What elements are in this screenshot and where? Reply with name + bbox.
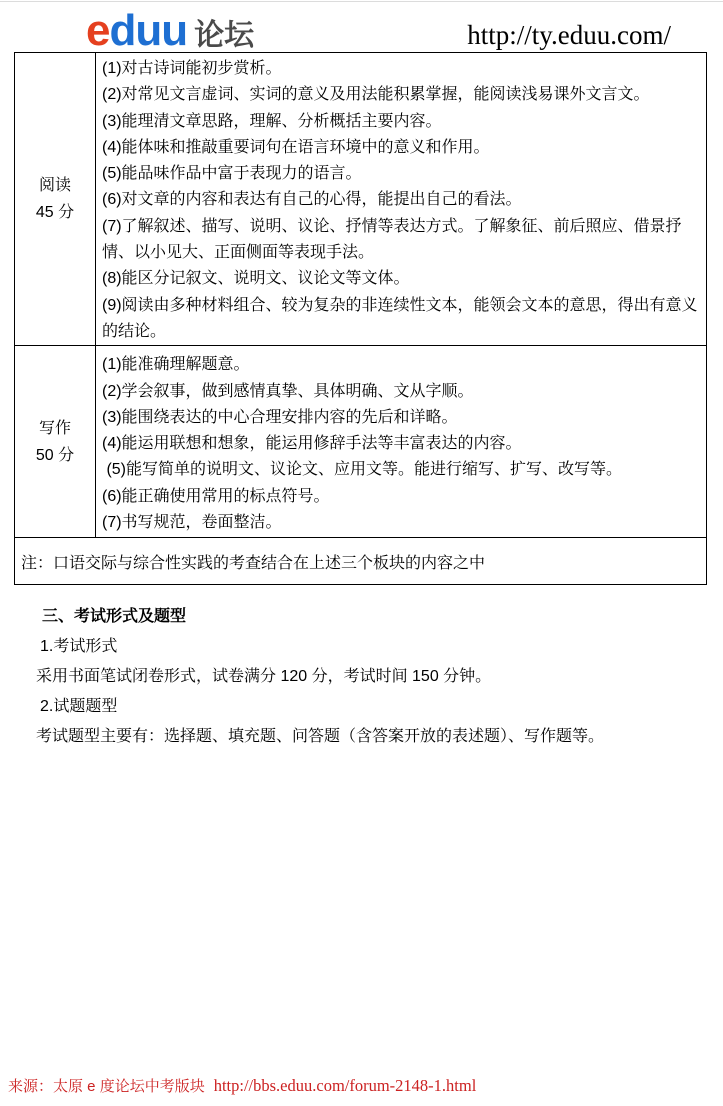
subsection-2-title: 2.试题题型 <box>0 694 723 720</box>
note-row: 注：口语交际与综合性实践的考查结合在上述三个板块的内容之中 <box>15 538 707 585</box>
document-header: e duu 论坛 http://ty.eduu.com/ <box>0 0 723 52</box>
writing-row: 写作 50 分 (1)能准确理解题意。 (2)学会叙事，做到感情真挚、具体明确、… <box>15 346 707 538</box>
eduu-logo: e duu 论坛 <box>86 6 254 56</box>
exam-requirements-table: 阅读 45 分 (1)对古诗词能初步赏析。 (2)对常见文言虚词、实词的意义及用… <box>14 52 707 585</box>
reading-item-9: (9)阅读由多种材料组合、较为复杂的非连续性文本，能领会文本的意思，得出有意义的… <box>102 293 702 346</box>
writing-item-3: (3)能围绕表达的中心合理安排内容的先后和详略。 <box>102 405 702 431</box>
logo-forum-text: 论坛 <box>194 10 254 54</box>
reading-item-2: (2)对常见文言虚词、实词的意义及用法能积累掌握，能阅读浅易课外文言文。 <box>102 82 702 108</box>
writing-item-1: (1)能准确理解题意。 <box>102 352 702 378</box>
reading-label: 阅读 <box>16 172 94 199</box>
writing-item-2: (2)学会叙事，做到感情真挚、具体明确、文从字顺。 <box>102 379 702 405</box>
section-heading: 三、考试形式及题型 <box>0 604 723 630</box>
writing-score: 50 分 <box>16 442 94 469</box>
logo-letters-duu: duu <box>109 6 187 56</box>
source-label: 来源： <box>8 1078 53 1095</box>
reading-item-6: (6)对文章的内容和表达有自己的心得，能提出自己的看法。 <box>102 187 702 213</box>
reading-item-8: (8)能区分记叙文、说明文、议论文等文体。 <box>102 266 702 292</box>
reading-score: 45 分 <box>16 199 94 226</box>
subsection-1-title: 1.考试形式 <box>0 634 723 660</box>
writing-item-4: (4)能运用联想和想象，能运用修辞手法等丰富表达的内容。 <box>102 431 702 457</box>
writing-label: 写作 <box>16 415 94 442</box>
source-footer: 来源：太原 e 度论坛中考版块http://bbs.eduu.com/forum… <box>8 1076 476 1097</box>
exam-format-section: 三、考试形式及题型 1.考试形式 采用书面笔试闭卷形式，试卷满分 120 分，考… <box>0 604 723 754</box>
header-site-url[interactable]: http://ty.eduu.com/ <box>467 20 671 51</box>
writing-item-7: (7)书写规范，卷面整洁。 <box>102 510 702 536</box>
writing-items-cell: (1)能准确理解题意。 (2)学会叙事，做到感情真挚、具体明确、文从字顺。 (3… <box>96 346 707 538</box>
subsection-2-body: 考试题型主要有：选择题、填充题、问答题（含答案开放的表述题）、写作题等。 <box>0 724 723 750</box>
source-name: 太原 e 度论坛中考版块 <box>53 1078 205 1095</box>
subsection-1-body: 采用书面笔试闭卷形式，试卷满分 120 分，考试时间 150 分钟。 <box>0 664 723 690</box>
reading-item-3: (3)能理清文章思路，理解、分析概括主要内容。 <box>102 109 702 135</box>
source-url-link[interactable]: http://bbs.eduu.com/forum-2148-1.html <box>214 1076 477 1095</box>
reading-label-cell: 阅读 45 分 <box>15 53 96 346</box>
reading-item-7: (7)了解叙述、描写、说明、议论、抒情等表达方式。了解象征、前后照应、借景抒情、… <box>102 214 702 267</box>
logo-letter-e: e <box>86 6 109 56</box>
reading-item-5: (5)能品味作品中富于表现力的语言。 <box>102 161 702 187</box>
reading-items-cell: (1)对古诗词能初步赏析。 (2)对常见文言虚词、实词的意义及用法能积累掌握，能… <box>96 53 707 346</box>
reading-item-4: (4)能体味和推敲重要词句在语言环境中的意义和作用。 <box>102 135 702 161</box>
writing-item-5: (5)能写简单的说明文、议论文、应用文等。能进行缩写、扩写、改写等。 <box>102 457 702 483</box>
note-cell: 注：口语交际与综合性实践的考查结合在上述三个板块的内容之中 <box>15 538 707 585</box>
reading-row: 阅读 45 分 (1)对古诗词能初步赏析。 (2)对常见文言虚词、实词的意义及用… <box>15 53 707 346</box>
writing-item-6: (6)能正确使用常用的标点符号。 <box>102 484 702 510</box>
writing-label-cell: 写作 50 分 <box>15 346 96 538</box>
reading-item-1: (1)对古诗词能初步赏析。 <box>102 56 702 82</box>
